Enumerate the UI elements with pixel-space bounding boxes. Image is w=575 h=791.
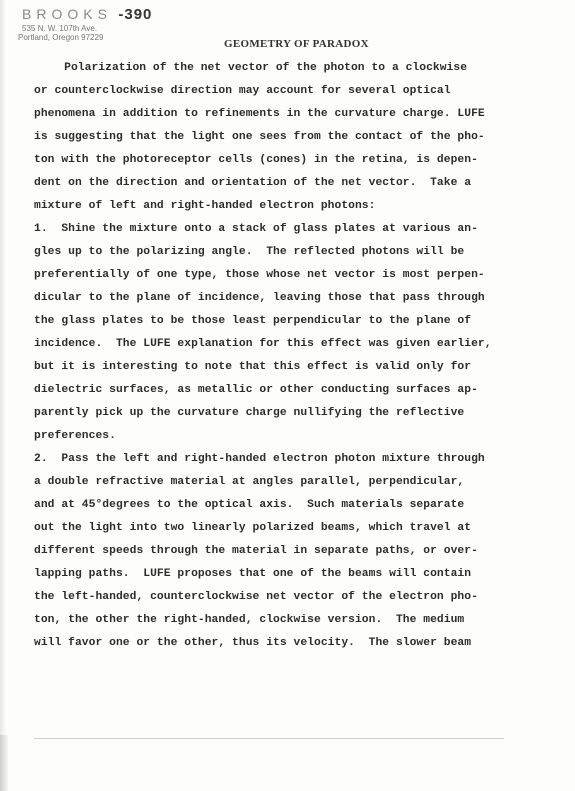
- stamp-name: BROOKS: [22, 6, 112, 22]
- stamp-address-line1: 535 N. W. 107th Ave.: [22, 24, 152, 33]
- text-line: and at 45°degrees to the optical axis. S…: [34, 494, 565, 517]
- text-line: dicular to the plane of incidence, leavi…: [34, 287, 565, 310]
- text-line: the glass plates to be those least perpe…: [34, 310, 565, 333]
- text-line: will favor one or the other, thus its ve…: [34, 632, 565, 655]
- text-line: a double refractive material at angles p…: [34, 471, 565, 494]
- text-line: ton, the other the right-handed, clockwi…: [34, 609, 565, 632]
- page-binding-shadow: [0, 735, 8, 791]
- text-line: or counterclockwise direction may accoun…: [34, 80, 565, 103]
- text-line: but it is interesting to note that this …: [34, 356, 565, 379]
- text-line: mixture of left and right-handed electro…: [34, 195, 565, 218]
- text-line: preferentially of one type, those whose …: [34, 264, 565, 287]
- text-line: incidence. The LUFE explanation for this…: [34, 333, 565, 356]
- text-line: is suggesting that the light one sees fr…: [34, 126, 565, 149]
- text-line: gles up to the polarizing angle. The ref…: [34, 241, 565, 264]
- address-stamp: BROOKS -390 535 N. W. 107th Ave. Portlan…: [22, 6, 152, 42]
- text-line: lapping paths. LUFE proposes that one of…: [34, 563, 565, 586]
- text-line: different speeds through the material in…: [34, 540, 565, 563]
- text-line: the left-handed, counterclockwise net ve…: [34, 586, 565, 609]
- text-line: parently pick up the curvature charge nu…: [34, 402, 565, 425]
- page-left-edge-shadow: [0, 0, 6, 791]
- text-line: out the light into two linearly polarize…: [34, 517, 565, 540]
- footer-rule: [34, 738, 504, 739]
- text-line: dent on the direction and orientation of…: [34, 172, 565, 195]
- document-title: GEOMETRY OF PARADOX: [224, 38, 369, 50]
- text-line: ton with the photoreceptor cells (cones)…: [34, 149, 565, 172]
- text-line: dielectric surfaces, as metallic or othe…: [34, 379, 565, 402]
- document-body: Polarization of the net vector of the ph…: [65, 57, 565, 655]
- text-line: preferences.: [34, 425, 565, 448]
- stamp-address-line2: Portland, Oregon 97229: [18, 33, 152, 42]
- handwritten-page-number: -390: [118, 6, 152, 23]
- text-line: 2. Pass the left and right-handed electr…: [34, 448, 565, 471]
- text-line: phenomena in addition to refinements in …: [34, 103, 565, 126]
- text-line: Polarization of the net vector of the ph…: [30, 57, 565, 80]
- text-line: 1. Shine the mixture onto a stack of gla…: [34, 218, 565, 241]
